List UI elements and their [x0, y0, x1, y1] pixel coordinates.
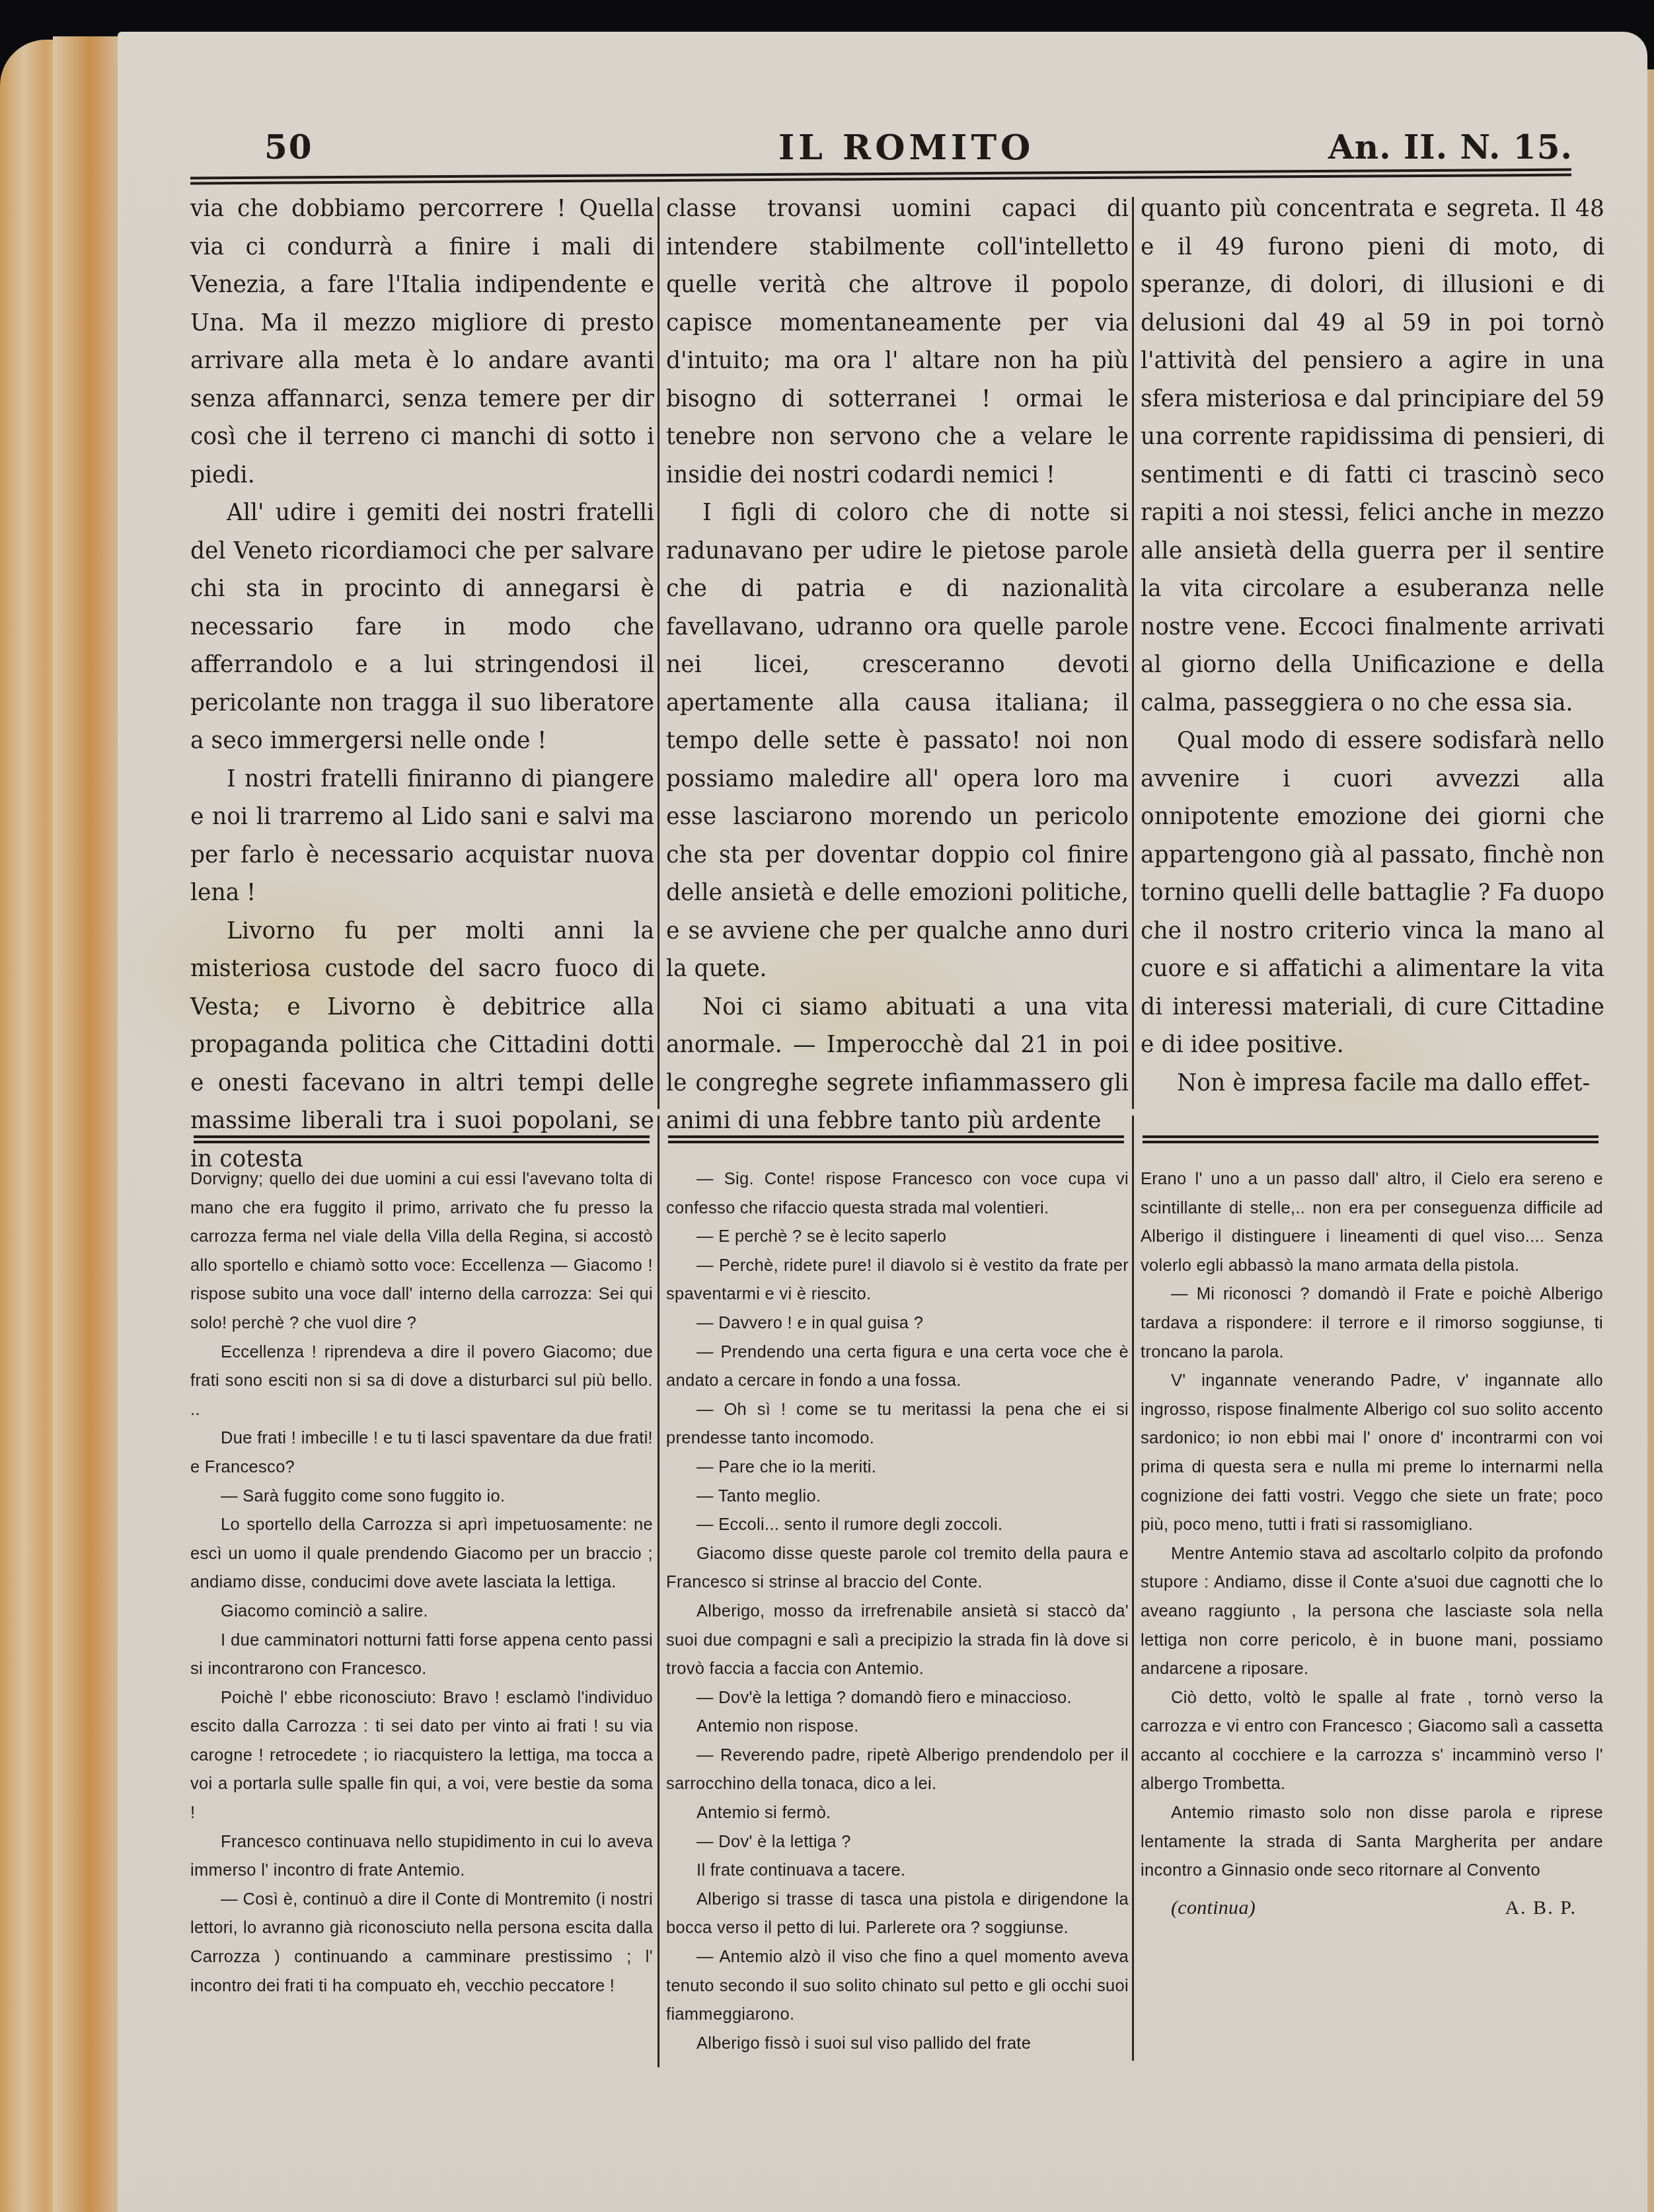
header-double-rule — [190, 169, 1571, 185]
paragraph: Giacomo cominciò a salire. — [190, 1597, 653, 1626]
paragraph: Antemio si fermò. — [666, 1799, 1129, 1828]
paragraph: — Dov' è la lettiga ? — [666, 1828, 1129, 1857]
masthead-title: IL ROMITO — [778, 128, 1034, 168]
section-separator-rule — [194, 1135, 650, 1143]
paragraph: I nostri fratelli finiranno di piangere … — [190, 761, 654, 913]
column-divider — [1132, 1116, 1134, 2061]
paragraph: Eccellenza ! riprendeva a dire il povero… — [190, 1338, 653, 1425]
paragraph: Giacomo disse queste parole col tremito … — [666, 1540, 1129, 1597]
newspaper-page: 50 IL ROMITO An. II. N. 15. via che dobb… — [118, 32, 1647, 2212]
paragraph: Antemio non rispose. — [666, 1712, 1129, 1741]
paragraph: Lo sportello della Carrozza si aprì impe… — [190, 1511, 653, 1597]
paragraph: — Antemio alzò il viso che fino a quel m… — [666, 1943, 1129, 2030]
paragraph: Noi ci siamo abituati a una vita anormal… — [666, 989, 1129, 1141]
author-initials: A. B. P. — [1505, 1893, 1577, 1923]
column-divider — [1132, 197, 1134, 1109]
paragraph: — Oh sì ! come se tu meritassi la pena c… — [666, 1396, 1129, 1453]
paragraph: Alberigo si trasse di tasca una pistola … — [666, 1886, 1129, 1943]
paragraph: Alberigo fissò i suoi sul viso pallido d… — [666, 2030, 1129, 2059]
story-signoff: (continua) A. B. P. — [1141, 1893, 1603, 1923]
paragraph: classe trovansi uomini capaci di intende… — [666, 190, 1129, 494]
paragraph: — Pare che io la meriti. — [666, 1453, 1129, 1482]
column-divider — [658, 1116, 659, 2067]
paragraph: Qual modo di essere sodisfarà nello avve… — [1141, 722, 1604, 1065]
paragraph: Non è impresa facile ma dallo effet- — [1141, 1065, 1604, 1103]
paragraph: Francesco continuava nello stupidimento … — [190, 1828, 653, 1886]
paragraph: Dorvigny; quello dei due uomini a cui es… — [190, 1165, 653, 1338]
paragraph: Il frate continuava a tacere. — [666, 1856, 1129, 1886]
paragraph: — Così è, continuò a dire il Conte di Mo… — [190, 1886, 653, 2001]
paragraph: Antemio rimasto solo non disse parola e … — [1141, 1799, 1603, 1886]
main-column-1: via che dobbiamo percorrere ! Quella via… — [190, 190, 654, 1178]
page-number: 50 — [264, 128, 313, 167]
paragraph: — E perchè ? se è lecito saperlo — [666, 1223, 1129, 1252]
paragraph: via che dobbiamo percorrere ! Quella via… — [190, 190, 654, 494]
paragraph: — Prendendo una certa figura e una certa… — [666, 1338, 1129, 1396]
paragraph: All' udire i gemiti dei nostri fratelli … — [190, 494, 654, 761]
feuilleton-column-3: Erano l' uno a un passo dall' altro, il … — [1141, 1165, 1603, 1922]
issue-number: An. II. N. 15. — [1328, 128, 1573, 167]
section-separator-rule — [668, 1135, 1124, 1143]
feuilleton-column-2: — Sig. Conte! rispose Francesco con voce… — [666, 1165, 1129, 2058]
paragraph: — Mi riconosci ? domandò il Frate e poic… — [1141, 1280, 1603, 1367]
paragraph: I figli di coloro che di notte si raduna… — [666, 494, 1129, 989]
page-header: 50 IL ROMITO An. II. N. 15. — [118, 95, 1647, 161]
paragraph: — Dov'è la lettiga ? domandò fiero e min… — [666, 1684, 1129, 1713]
paragraph: — Sig. Conte! rispose Francesco con voce… — [666, 1165, 1129, 1223]
paragraph: Due frati ! imbecille ! e tu ti lasci sp… — [190, 1424, 653, 1482]
paragraph: Alberigo, mosso da irrefrenabile ansietà… — [666, 1597, 1129, 1684]
paragraph: — Reverendo padre, ripetè Alberigo prend… — [666, 1741, 1129, 1799]
continued-note: (continua) — [1171, 1893, 1256, 1923]
paragraph: Erano l' uno a un passo dall' altro, il … — [1141, 1165, 1603, 1280]
section-separator-rule — [1143, 1135, 1598, 1143]
paragraph: I due camminatori notturni fatti forse a… — [190, 1626, 653, 1684]
paragraph: Ciò detto, voltò le spalle al frate , to… — [1141, 1684, 1603, 1799]
paragraph: V' ingannate venerando Padre, v' inganna… — [1141, 1367, 1603, 1540]
paragraph: — Davvero ! e in qual guisa ? — [666, 1309, 1129, 1338]
main-column-3: quanto più concentrata e segreta. Il 48 … — [1141, 190, 1604, 1102]
main-column-2: classe trovansi uomini capaci di intende… — [666, 190, 1129, 1141]
paragraph: — Tanto meglio. — [666, 1482, 1129, 1511]
paragraph: — Sarà fuggito come sono fuggito io. — [190, 1482, 653, 1511]
feuilleton-column-1: Dorvigny; quello dei due uomini a cui es… — [190, 1165, 653, 2001]
paragraph: Poichè l' ebbe riconosciuto: Bravo ! esc… — [190, 1684, 653, 1828]
paragraph: — Perchè, ridete pure! il diavolo si è v… — [666, 1252, 1129, 1309]
paragraph: — Eccoli... sento il rumore degli zoccol… — [666, 1511, 1129, 1540]
paragraph: Mentre Antemio stava ad ascoltarlo colpi… — [1141, 1540, 1603, 1684]
column-divider — [658, 197, 659, 1109]
paragraph: quanto più concentrata e segreta. Il 48 … — [1141, 190, 1604, 722]
